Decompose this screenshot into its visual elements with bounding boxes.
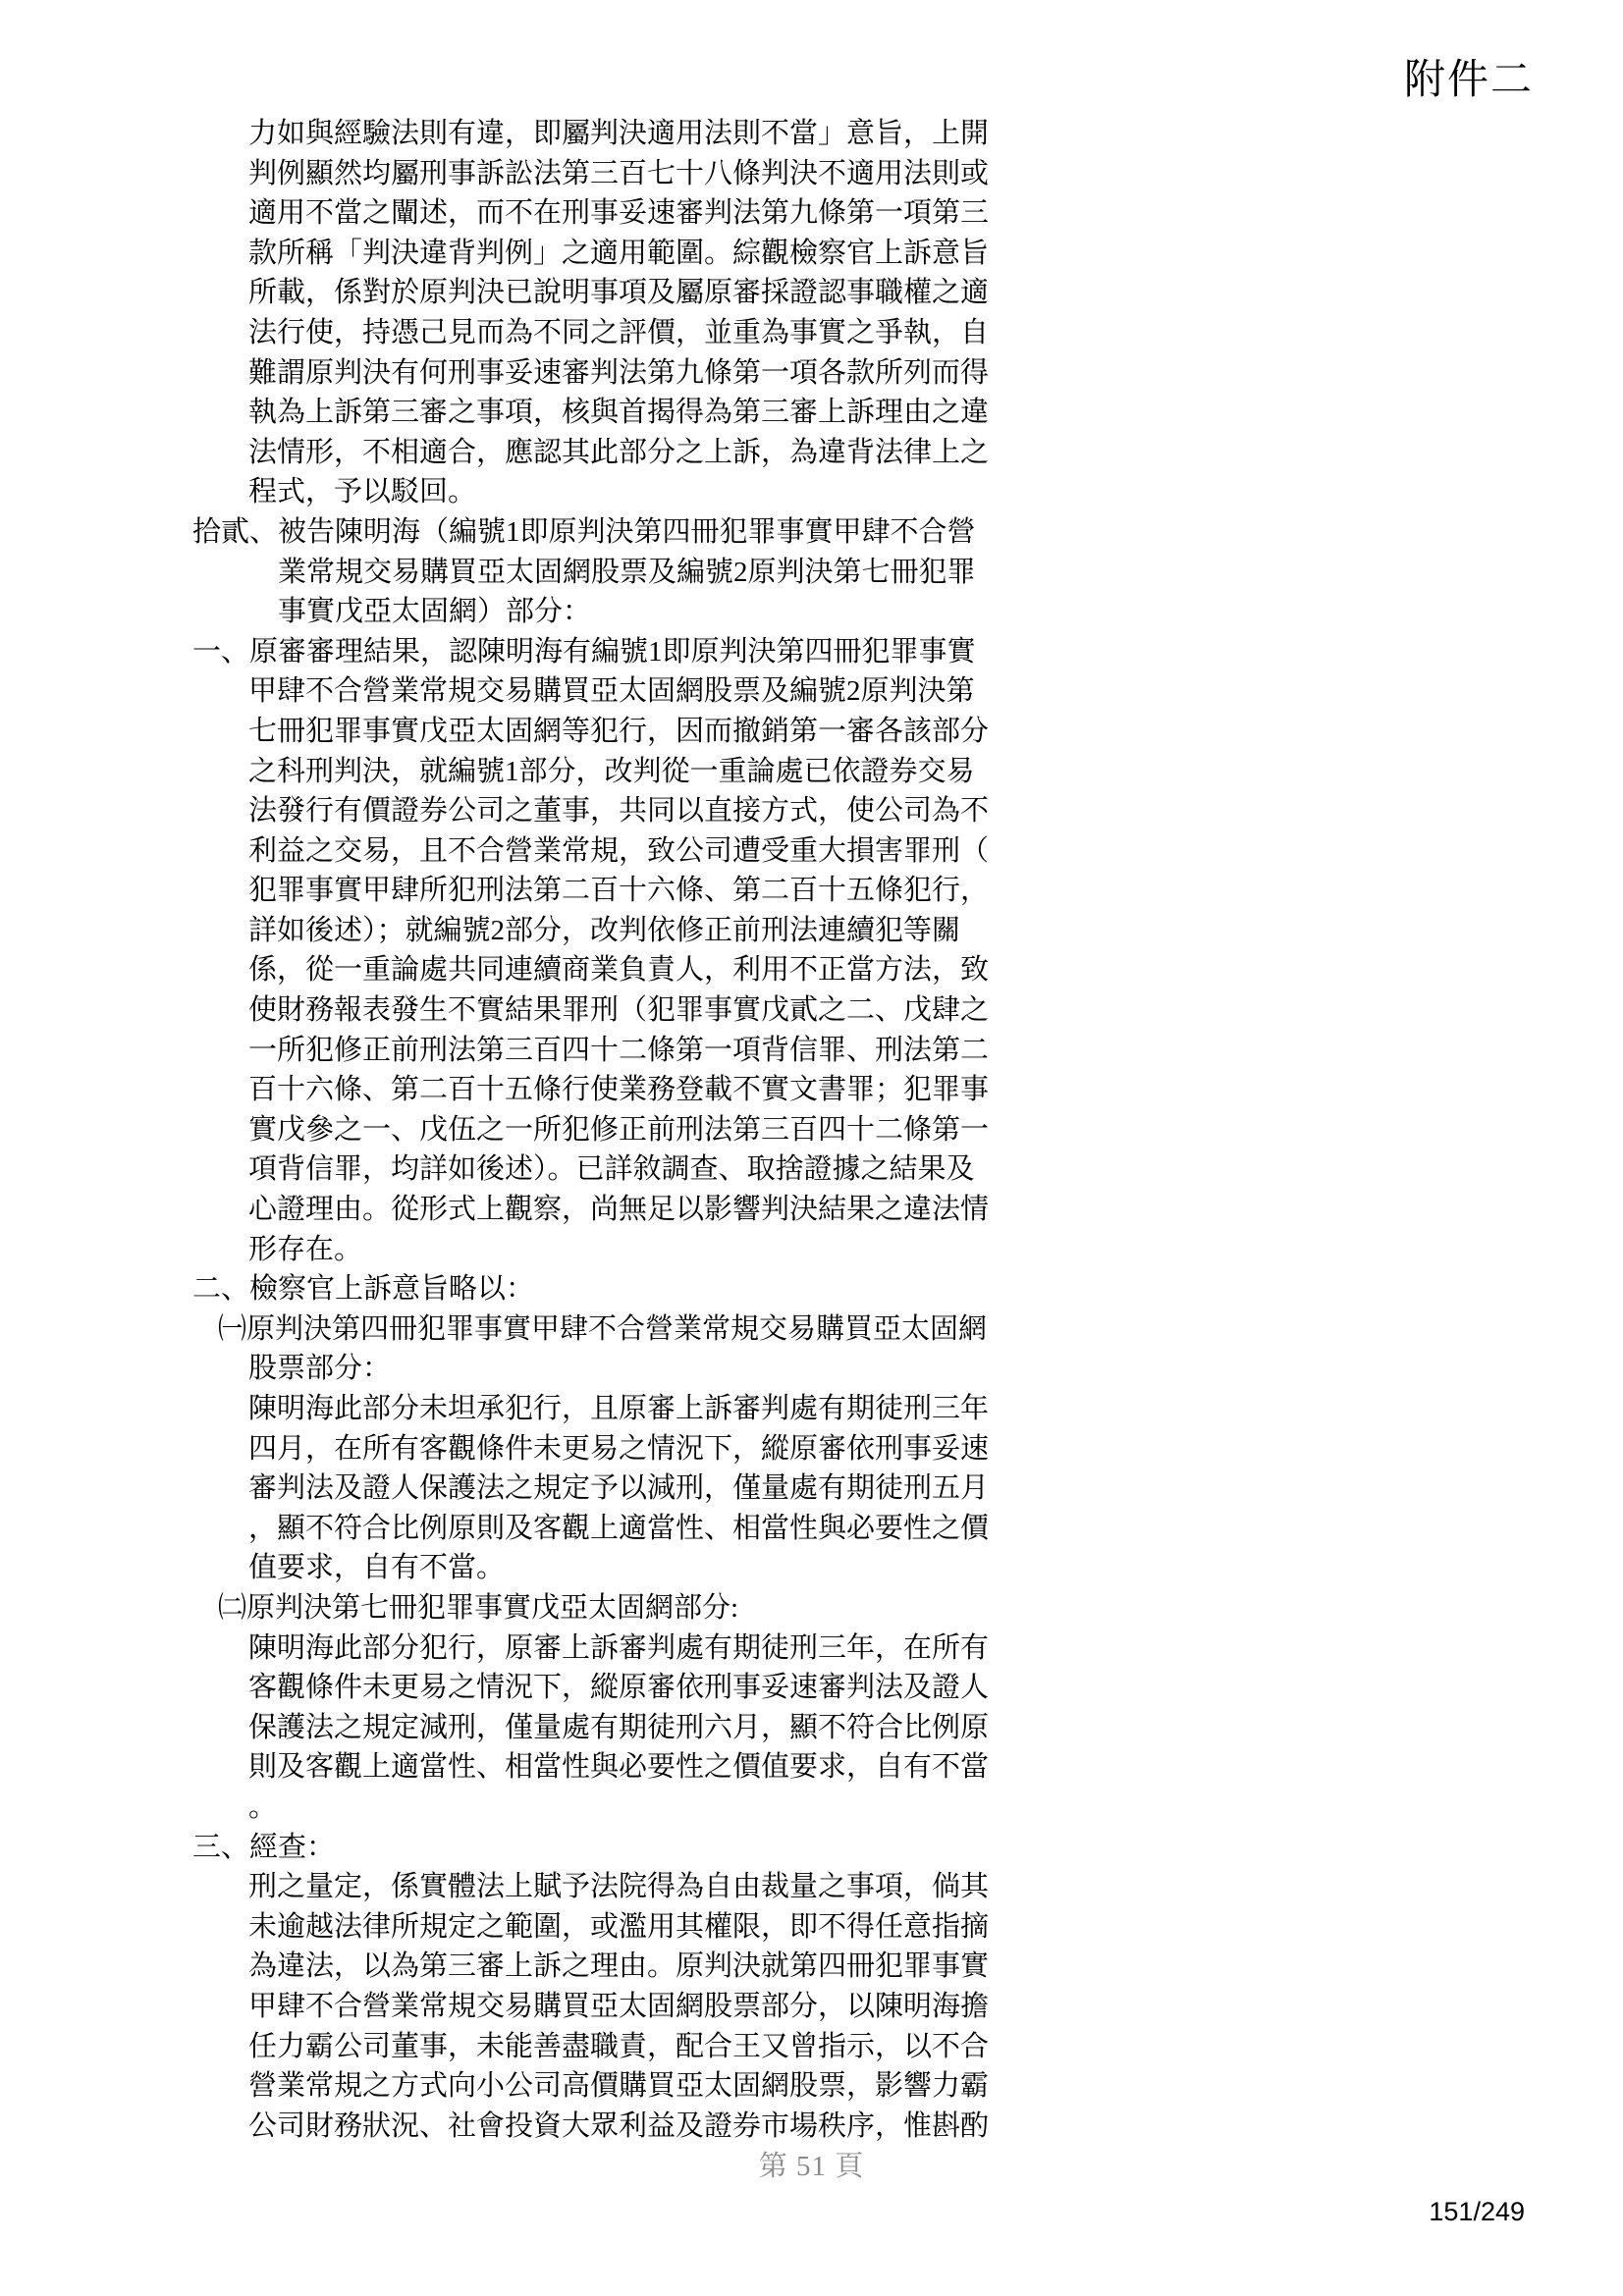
document-page: 附件二 力如與經驗法則有違，即屬判決適用法則不當」意旨，上開判例顯然均屬刑事訴訟… xyxy=(0,0,1623,2296)
text-line: 為違法，以為第三審上訴之理由。原判決就第四冊犯罪事實 xyxy=(248,1947,1623,1987)
text-line: 刑之量定，係實體法上賦予法院得為自由裁量之事項，倘其 xyxy=(248,1867,1623,1907)
text-line: 項背信罪，均詳如後述）。已詳敘調查、取捨證據之結果及 xyxy=(248,1149,1623,1190)
text-line: 未逾越法律所規定之範圍，或濫用其權限，即不得任意指摘 xyxy=(248,1907,1623,1948)
attachment-label: 附件二 xyxy=(1404,47,1534,106)
text-line: ㈡原判決第七冊犯罪事實戊亞太固網部分: xyxy=(218,1588,1623,1629)
text-line: 營業常規之方式向小公司高價購買亞太固網股票，影響力霸 xyxy=(248,2066,1623,2107)
text-line: 力如與經驗法則有違，即屬判決適用法則不當」意旨，上開 xyxy=(248,114,1623,154)
text-line: 審判法及證人保護法之規定予以減刑，僅量處有期徒刑五月 xyxy=(248,1468,1623,1509)
text-line: 實戊參之一、戊伍之一所犯修正前刑法第三百四十二條第一 xyxy=(248,1110,1623,1150)
text-line: 百十六條、第二百十五條行使業務登載不實文書罪；犯罪事 xyxy=(248,1070,1623,1110)
text-line: 拾貳、被告陳明海（編號1即原判決第四冊犯罪事實甲肆不合營 xyxy=(192,512,1623,553)
text-line: 所載，係對於原判決已說明事項及屬原審採證認事職權之適 xyxy=(248,273,1623,313)
text-line: ，顯不符合比例原則及客觀上適當性、相當性與必要性之價 xyxy=(248,1509,1623,1549)
text-line: 陳明海此部分未坦承犯行，且原審上訴審判處有期徒刑三年 xyxy=(248,1389,1623,1429)
pdf-page-indicator: 151/249 xyxy=(1429,2197,1525,2227)
text-line: 法行使，持憑己見而為不同之評價，並重為事實之爭執，自 xyxy=(248,313,1623,353)
text-line: 客觀條件未更易之情況下，縱原審依刑事妥速審判法及證人 xyxy=(248,1668,1623,1708)
text-line: 詳如後述）；就編號2部分，改判依修正前刑法連續犯等關 xyxy=(248,911,1623,951)
text-line: 犯罪事實甲肆所犯刑法第二百十六條、第二百十五條犯行， xyxy=(248,871,1623,911)
text-line: 法發行有價證券公司之董事，共同以直接方式，使公司為不 xyxy=(248,791,1623,831)
text-line: 係，從一重論處共同連續商業負責人，利用不正當方法，致 xyxy=(248,950,1623,990)
text-line: 一所犯修正前刑法第三百四十二條第一項背信罪、刑法第二 xyxy=(248,1031,1623,1071)
text-line: 公司財務狀況、社會投資大眾利益及證券市場秩序，惟斟酌 xyxy=(248,2107,1623,2147)
text-line: 程式，予以駁回。 xyxy=(248,472,1623,512)
text-line: 利益之交易，且不合營業常規，致公司遭受重大損害罪刑（ xyxy=(248,831,1623,872)
text-line: ㈠原判決第四冊犯罪事實甲肆不合營業常規交易購買亞太固網 xyxy=(218,1309,1623,1350)
text-line: 三、經查： xyxy=(192,1828,1623,1868)
text-line: 法情形，不相適合，應認其此部分之上訴，為違背法律上之 xyxy=(248,433,1623,473)
text-line: 值要求，自有不當。 xyxy=(248,1548,1623,1588)
text-line: 使財務報表發生不實結果罪刑（犯罪事實戊貳之二、戊肆之 xyxy=(248,990,1623,1031)
text-line: 保護法之規定減刑，僅量處有期徒刑六月，顯不符合比例原 xyxy=(248,1708,1623,1748)
text-line: 。 xyxy=(248,1788,1623,1828)
text-line: 難謂原判決有何刑事妥速審判法第九條第一項各款所列而得 xyxy=(248,353,1623,394)
text-line: 款所稱「判決違背判例」之適用範圍。綜觀檢察官上訴意旨 xyxy=(248,234,1623,274)
text-line: 之科刑判決，就編號1部分，改判從一重論處已依證券交易 xyxy=(248,752,1623,792)
text-line: 執為上訴第三審之事項，核與首揭得為第三審上訴理由之違 xyxy=(248,393,1623,433)
text-line: 二、檢察官上訴意旨略以： xyxy=(192,1269,1623,1309)
text-line: 心證理由。從形式上觀察，尚無足以影響判決結果之違法情 xyxy=(248,1190,1623,1230)
text-line: 業常規交易購買亞太固網股票及編號2原判決第七冊犯罪 xyxy=(278,553,1623,593)
text-line: 股票部分： xyxy=(248,1349,1623,1389)
page-number-footer: 第 51 頁 xyxy=(0,2144,1623,2184)
text-line: 四月，在所有客觀條件未更易之情況下，縱原審依刑事妥速 xyxy=(248,1429,1623,1469)
text-line: 則及客觀上適當性、相當性與必要性之價值要求，自有不當 xyxy=(248,1747,1623,1788)
text-line: 事實戊亞太固網）部分： xyxy=(278,592,1623,632)
text-line: 甲肆不合營業常規交易購買亞太固網股票及編號2原判決第 xyxy=(248,671,1623,712)
text-line: 適用不當之闡述，而不在刑事妥速審判法第九條第一項第三 xyxy=(248,193,1623,234)
text-line: 甲肆不合營業常規交易購買亞太固網股票部分，以陳明海擔 xyxy=(248,1987,1623,2027)
text-line: 判例顯然均屬刑事訴訟法第三百七十八條判決不適用法則或 xyxy=(248,154,1623,194)
text-line: 一、原審審理結果，認陳明海有編號1即原判決第四冊犯罪事實 xyxy=(192,632,1623,672)
text-line: 七冊犯罪事實戊亞太固網等犯行，因而撤銷第一審各該部分 xyxy=(248,712,1623,752)
text-line: 形存在。 xyxy=(248,1230,1623,1270)
text-line: 陳明海此部分犯行，原審上訴審判處有期徒刑三年，在所有 xyxy=(248,1629,1623,1669)
text-line: 任力霸公司董事，未能善盡職責，配合王又曾指示，以不合 xyxy=(248,2027,1623,2067)
document-body: 力如與經驗法則有違，即屬判決適用法則不當」意旨，上開判例顯然均屬刑事訴訟法第三百… xyxy=(0,114,1623,2146)
